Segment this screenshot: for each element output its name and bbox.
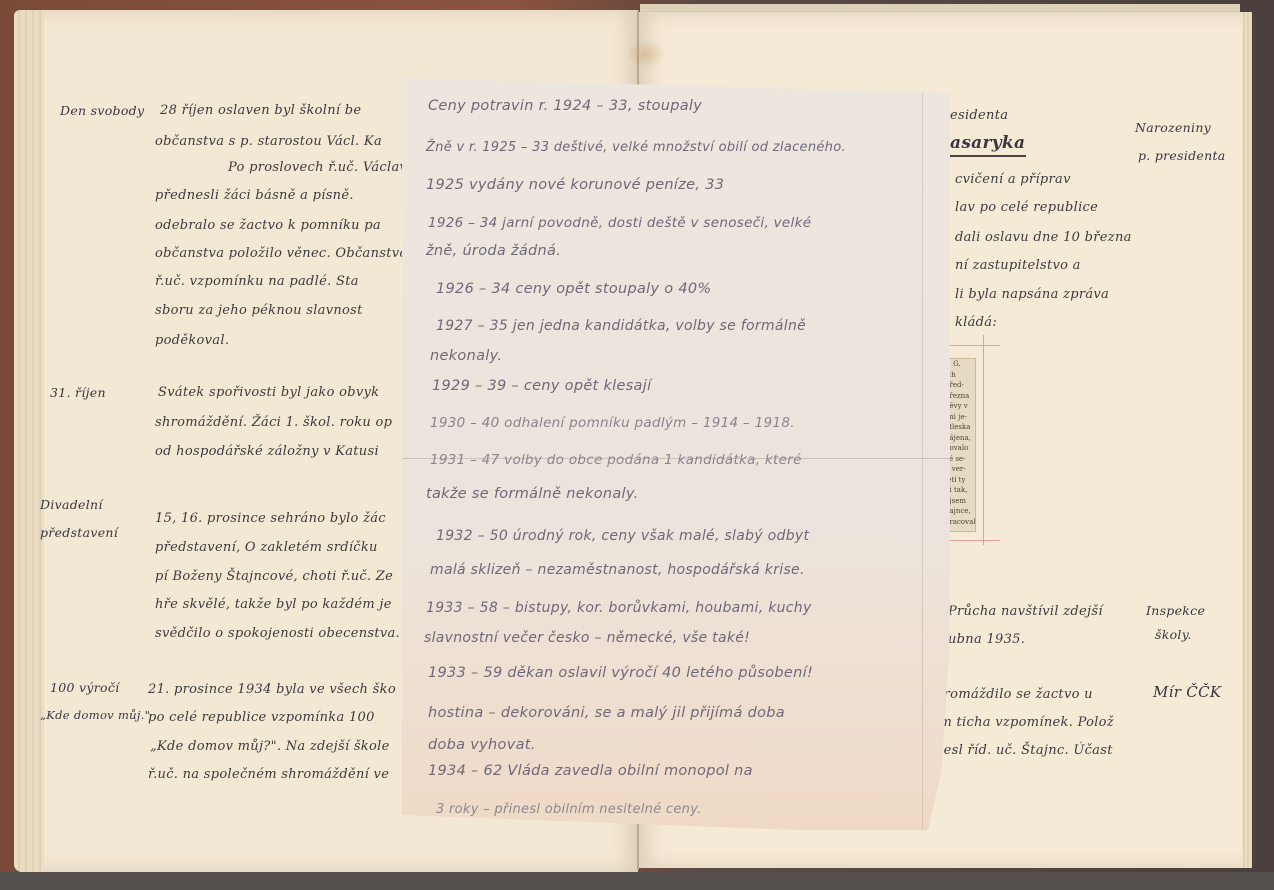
text-line: Průcha navštívil zdejší — [948, 604, 1103, 619]
heading-masaryka: asaryka — [950, 133, 1026, 157]
margin-note: „Kde domov můj." — [40, 708, 150, 722]
margin-note: Den svobody — [60, 103, 144, 118]
margin-note: p. presidenta — [1138, 148, 1226, 163]
margin-note: Narozeniny — [1135, 120, 1211, 135]
text-line: shromáždění. Žáci 1. škol. roku op — [155, 415, 392, 430]
text-line: přednesli žáci básně a písně. — [155, 188, 354, 203]
text-line: ř.uč. na společném shromáždění ve — [148, 767, 389, 782]
text-line: cvičení a příprav — [955, 172, 1071, 187]
note-line: 1932 – 50 úrodný rok, ceny však malé, sl… — [436, 528, 809, 544]
text-line: od hospodářské záložny v Katusi — [155, 444, 379, 459]
text-line: 21. prosince 1934 byla ve všech ško — [148, 682, 396, 697]
note-line: takže se formálně nekonaly. — [426, 486, 639, 502]
note-line: 1931 – 47 volby do obce podána 1 kandidá… — [430, 452, 802, 468]
margin-note: představení — [40, 525, 118, 540]
note-line: 1930 – 40 odhalení pomníku padlým – 1914… — [430, 415, 795, 431]
fold-crease — [922, 78, 923, 830]
text-line: občanstva položilo věnec. Občanstvo — [155, 246, 408, 261]
note-line: 1925 vydány nové korunové peníze, 33 — [426, 177, 724, 193]
red-guide-line — [983, 335, 984, 545]
note-line: nekonaly. — [430, 348, 502, 364]
heading-line: esidenta — [950, 108, 1008, 123]
text-line: nesl říd. uč. Štajnc. Účast — [935, 743, 1113, 758]
scan-background — [0, 872, 1274, 890]
text-line: dali oslavu dne 10 března — [955, 230, 1132, 245]
text-line: Svátek spořivosti byl jako obvyk — [158, 385, 379, 400]
margin-note: Divadelní — [40, 497, 103, 512]
text-line: 15, 16. prosince sehráno bylo žác — [155, 511, 386, 526]
margin-note: Inspekce — [1146, 603, 1205, 618]
text-line: hromáždilo se žactvo u — [935, 687, 1093, 702]
text-line: 28 říjen oslaven byl školní be — [160, 103, 361, 118]
text-line: ř.uč. vzpomínku na padlé. Sta — [155, 274, 359, 289]
text-line: občanstva s p. starostou Václ. Ka — [155, 134, 382, 149]
margin-note: školy. — [1155, 627, 1192, 642]
page-stack-edges — [1242, 12, 1252, 868]
margin-note: Mír ČČK — [1153, 683, 1221, 701]
note-line: hostina – dekorováni, se a malý jil přij… — [428, 705, 785, 721]
note-line: slavnostní večer česko – německé, vše ta… — [424, 630, 750, 646]
text-line: odebralo se žactvo k pomníku pa — [155, 218, 381, 233]
text-line: li byla napsána zpráva — [955, 287, 1109, 302]
note-line: žně, úroda žádná. — [426, 243, 561, 259]
text-line: hře skvělé, takže byl po každém je — [155, 597, 392, 612]
note-line: malá sklizeň – nezaměstnanost, hospodářs… — [430, 562, 805, 578]
note-line: doba vyhovat. — [428, 737, 536, 753]
text-line: pí Boženy Štajncové, choti ř.uč. Ze — [155, 569, 393, 584]
note-line: 1934 – 62 Vláda zavedla obilní monopol n… — [428, 763, 753, 779]
note-line: 1933 – 59 děkan oslavil výročí 40 letého… — [428, 665, 813, 681]
text-line: lav po celé republice — [955, 200, 1098, 215]
note-line: Ceny potravin r. 1924 – 33, stoupaly — [428, 98, 702, 114]
text-line: sboru za jeho péknou slavnost — [155, 303, 363, 318]
text-line: svědčilo o spokojenosti obecenstva. — [155, 626, 400, 641]
note-line: 1927 – 35 jen jedna kandidátka, volby se… — [436, 318, 806, 334]
note-line: 1926 – 34 ceny opět stoupaly o 40% — [436, 281, 712, 297]
text-line: po celé republice vzpomínka 100 — [148, 710, 375, 725]
text-line: ní zastupitelstvo a — [955, 258, 1081, 273]
page-stack-edges — [14, 10, 44, 872]
text-line: poděkoval. — [155, 333, 229, 348]
text-line: ubna 1935. — [948, 632, 1025, 647]
note-line: 1933 – 58 – bistupy, kor. borůvkami, hou… — [426, 600, 812, 616]
note-line: 3 roky – přinesl obilním nesitelné ceny. — [436, 802, 702, 817]
text-line: představení, O zakletém srdíčku — [155, 540, 378, 555]
note-line: 1929 – 39 – ceny opět klesají — [432, 378, 651, 394]
text-line: „Kde domov můj?". Na zdejší škole — [150, 739, 390, 754]
text-line: kládá: — [955, 315, 997, 330]
text-line: ím ticha vzpomínek. Polož — [935, 715, 1114, 730]
margin-note: 31. říjen — [50, 385, 106, 400]
note-line: 1926 – 34 jarní povodně, dosti deště v s… — [428, 215, 811, 231]
note-line: Žně v r. 1925 – 33 deštivé, velké množst… — [426, 140, 846, 155]
text-line: Po proslovech ř.uč. Václav — [228, 160, 407, 175]
water-stain — [626, 40, 666, 68]
margin-note: 100 výročí — [50, 680, 119, 695]
